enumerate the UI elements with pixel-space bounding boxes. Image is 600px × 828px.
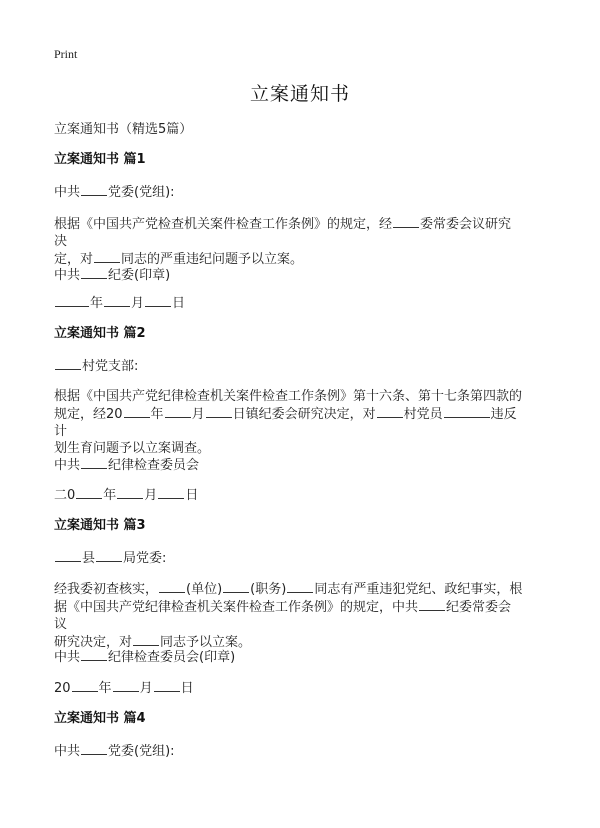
blank-field [377, 405, 403, 418]
document-page: Print 立案通知书 立案通知书（精选5篇） 立案通知书 篇1 中共党委(党组… [0, 0, 600, 828]
text: 同志的严重违纪问题予以立案。 [121, 252, 303, 267]
text: (单位) [186, 582, 222, 597]
section-heading-2: 立案通知书 篇2 [54, 325, 146, 342]
text: 村党支部: [82, 359, 138, 374]
text: 规定，经20 [54, 407, 123, 422]
blank-field [158, 486, 184, 499]
text: 日 [172, 296, 185, 311]
text: 党委(党组): [108, 185, 175, 200]
blank-field [133, 633, 159, 646]
section-heading-1: 立案通知书 篇1 [54, 151, 146, 168]
text: 日镇纪委会研究决定，对 [233, 407, 376, 422]
blank-field [81, 742, 107, 755]
text: 年 [90, 296, 103, 311]
print-link[interactable]: Print [54, 47, 77, 62]
text: 20 [54, 681, 71, 696]
text: 日 [185, 488, 198, 503]
text: 月 [144, 488, 157, 503]
blank-field [81, 648, 107, 661]
text: 月 [131, 296, 144, 311]
section-4-addressee: 中共党委(党组): [54, 742, 175, 760]
text: 年 [99, 681, 112, 696]
blank-field [287, 580, 313, 593]
section-2-addressee: 村党支部: [54, 357, 138, 375]
text: 中共 [54, 744, 80, 759]
blank-field [81, 456, 107, 469]
section-1-signature: 中共纪委(印章) [54, 266, 170, 284]
blank-field [113, 679, 139, 692]
blank-field [94, 250, 120, 263]
text: 划生育问题予以立案调查。 [54, 441, 210, 456]
section-3-signature: 中共纪律检查委员会(印章) [54, 648, 235, 666]
text: 年 [103, 488, 116, 503]
blank-field [55, 549, 81, 562]
text: 定，对 [54, 252, 93, 267]
section-3-addressee: 县局党委: [54, 549, 166, 567]
blank-field [393, 215, 419, 228]
blank-field [117, 486, 143, 499]
blank-field [76, 486, 102, 499]
blank-field [124, 405, 150, 418]
text: 中共 [54, 458, 80, 473]
text: 根据《中国共产党纪律检查机关案件检查工作条例》第十六条、第十七条第四款的 [54, 389, 522, 404]
blank-field [165, 405, 191, 418]
blank-field [206, 405, 232, 418]
blank-field [96, 549, 122, 562]
blank-field [444, 405, 490, 418]
blank-field [154, 679, 180, 692]
text: 纪律检查委员会(印章) [108, 650, 235, 665]
text: 党委(党组): [108, 744, 175, 759]
text: 据《中国共产党纪律检查机关案件检查工作条例》的规定，中共 [54, 600, 418, 615]
blank-field [55, 294, 89, 307]
text: 中共 [54, 650, 80, 665]
blank-field [81, 266, 107, 279]
blank-field [55, 357, 81, 370]
document-subtitle: 立案通知书（精选5篇） [54, 121, 192, 138]
blank-field [72, 679, 98, 692]
text: 年 [151, 407, 164, 422]
text: 同志有严重违犯党纪、政纪事实，根 [314, 582, 522, 597]
text: 纪律检查委员会 [108, 458, 199, 473]
text: 局党委: [123, 551, 166, 566]
section-2-date: 二0年月日 [54, 486, 198, 504]
text: 月 [192, 407, 205, 422]
blank-field [104, 294, 130, 307]
section-1-date: 年月日 [54, 294, 185, 312]
text: 日 [181, 681, 194, 696]
blank-field [223, 580, 249, 593]
section-heading-3: 立案通知书 篇3 [54, 517, 146, 534]
text: 村党员 [404, 407, 443, 422]
section-2-body: 根据《中国共产党纪律检查机关案件检查工作条例》第十六条、第十七条第四款的 规定，… [54, 388, 524, 457]
section-heading-4: 立案通知书 篇4 [54, 710, 146, 727]
blank-field [145, 294, 171, 307]
text: (职务) [250, 582, 286, 597]
section-1-addressee: 中共党委(党组): [54, 183, 175, 201]
blank-field [81, 183, 107, 196]
text: 县 [82, 551, 95, 566]
text: 根据《中国共产党检查机关案件检查工作条例》的规定，经 [54, 217, 392, 232]
text: 中共 [54, 268, 80, 283]
text: 经我委初查核实， [54, 582, 158, 597]
section-1-body: 根据《中国共产党检查机关案件检查工作条例》的规定，经委常委会议研究决 定，对同志… [54, 215, 524, 268]
text: 月 [140, 681, 153, 696]
section-2-signature: 中共纪律检查委员会 [54, 456, 199, 474]
section-3-body: 经我委初查核实，(单位)(职务)同志有严重违犯党纪、政纪事实，根 据《中国共产党… [54, 580, 524, 651]
text: 中共 [54, 185, 80, 200]
blank-field [159, 580, 185, 593]
text: 纪委(印章) [108, 268, 170, 283]
blank-field [419, 598, 445, 611]
section-3-date: 20年月日 [54, 679, 194, 697]
text: 二0 [54, 488, 75, 503]
page-title: 立案通知书 [0, 79, 600, 106]
